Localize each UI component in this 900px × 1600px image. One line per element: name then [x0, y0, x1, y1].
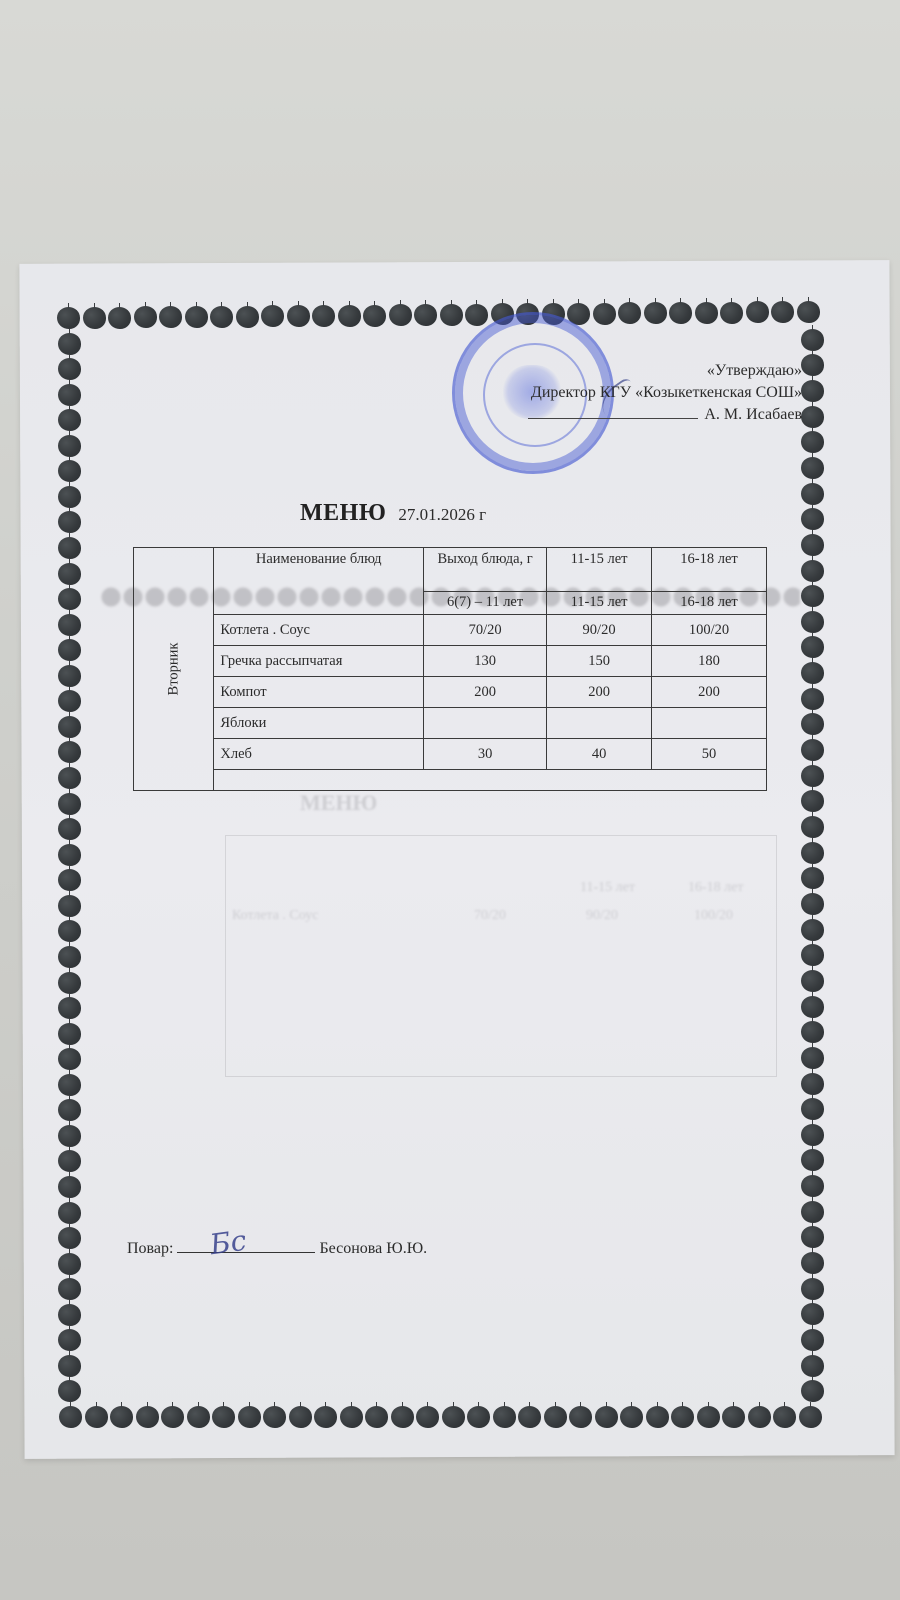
ghost-row-g3: 100/20	[694, 908, 733, 924]
output-6-11: 200	[424, 677, 547, 708]
table-row: Компот200200200	[134, 677, 767, 708]
header-age-11-15: 11-15 лет	[547, 548, 652, 592]
output-11-15: 150	[547, 646, 652, 677]
ghost-row-dish: Котлета . Соус	[232, 908, 318, 924]
table-header-row: Вторник Наименование блюд Выход блюда, г…	[134, 548, 767, 592]
dish-cell: Яблоки	[214, 708, 424, 739]
dish-cell: Компот	[214, 677, 424, 708]
signature-line	[528, 418, 698, 419]
menu-date: 27.01.2026 г	[398, 505, 486, 524]
ghost-title: МЕНЮ	[300, 790, 377, 816]
ghost-table	[225, 835, 777, 1077]
menu-title: МЕНЮ	[300, 500, 386, 526]
header-output: Выход блюда, г	[424, 548, 547, 592]
approval-name: А. М. Исабаев	[704, 406, 802, 423]
output-6-11: 30	[424, 739, 547, 770]
output-11-15: 200	[547, 677, 652, 708]
dish-cell: Хлеб	[214, 739, 424, 770]
cook-signature: Бс	[208, 1224, 249, 1262]
subheader-age-16-18: 16-18 лет	[651, 592, 766, 615]
header-dish: Наименование блюд	[214, 548, 424, 615]
dish-cell: Котлета . Соус	[214, 615, 424, 646]
approval-name-line: А. М. Исабаев	[528, 404, 802, 426]
output-6-11: 70/20	[424, 615, 547, 646]
output-6-11	[424, 708, 547, 739]
day-label: Вторник	[165, 643, 182, 696]
cook-line: Повар:Бесонова Ю.Ю.	[127, 1238, 427, 1258]
output-11-15: 40	[547, 739, 652, 770]
dish-cell: Гречка рассыпчатая	[214, 646, 424, 677]
output-16-18: 50	[651, 739, 766, 770]
approval-position: Директор КГУ «Козыкеткенская СОШ»	[528, 382, 802, 404]
table-row: Хлеб304050	[134, 739, 767, 770]
output-11-15: 90/20	[547, 615, 652, 646]
ghost-sub-g2: 11-15 лет	[580, 880, 635, 896]
output-16-18: 100/20	[651, 615, 766, 646]
page-title: МЕНЮ 27.01.2026 г	[300, 500, 486, 527]
menu-table: Вторник Наименование блюд Выход блюда, г…	[133, 547, 767, 791]
table-row: Котлета . Соус70/2090/20100/20	[134, 615, 767, 646]
empty-cell	[214, 770, 767, 791]
cook-name: Бесонова Ю.Ю.	[319, 1240, 427, 1257]
output-16-18	[651, 708, 766, 739]
table-row: Гречка рассыпчатая130150180	[134, 646, 767, 677]
table-empty-row	[134, 770, 767, 791]
subheader-age-11-15: 11-15 лет	[547, 592, 652, 615]
cook-label: Повар:	[127, 1240, 173, 1257]
day-cell: Вторник	[134, 548, 214, 791]
approval-heading: «Утверждаю»	[528, 360, 802, 382]
subheader-age-6-11: 6(7) – 11 лет	[424, 592, 547, 615]
output-16-18: 200	[651, 677, 766, 708]
table-row: Яблоки	[134, 708, 767, 739]
ghost-row-g1: 70/20	[474, 908, 506, 924]
approval-block: «Утверждаю» Директор КГУ «Козыкеткенская…	[528, 360, 802, 426]
output-16-18: 180	[651, 646, 766, 677]
ghost-sub-g3: 16-18 лет	[688, 880, 743, 896]
output-11-15	[547, 708, 652, 739]
header-age-16-18: 16-18 лет	[651, 548, 766, 592]
output-6-11: 130	[424, 646, 547, 677]
ghost-row-g2: 90/20	[586, 908, 618, 924]
